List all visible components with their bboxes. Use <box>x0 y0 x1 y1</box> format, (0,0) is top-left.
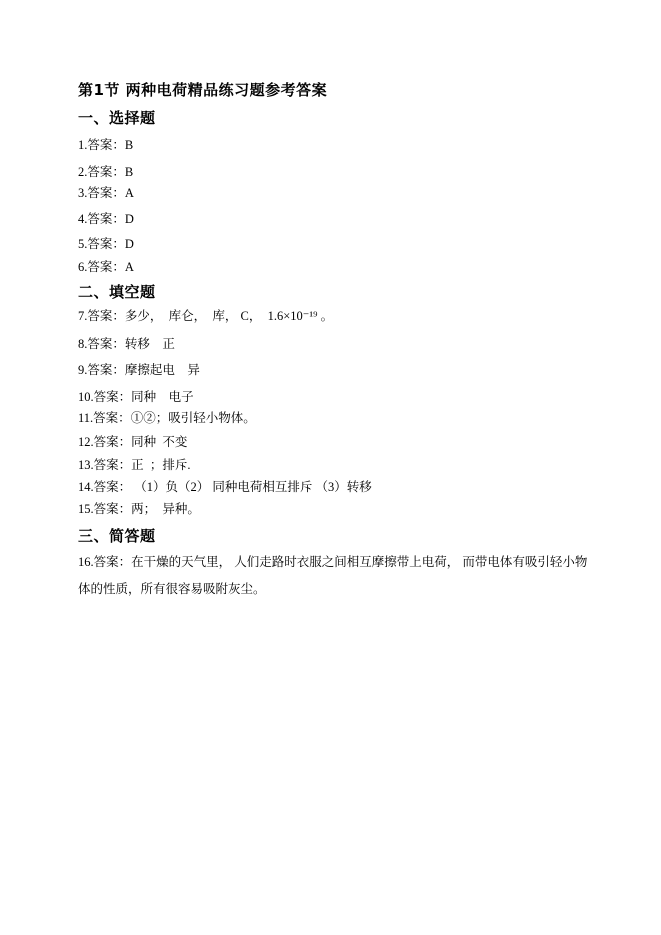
question-number: 10. <box>78 390 94 404</box>
question-number: 12. <box>78 435 94 449</box>
document-page: 第1节 两种电荷精品练习题参考答案 一、选择题 1.答案：B 2.答案：B 3.… <box>0 0 661 935</box>
question-number: 13. <box>78 458 94 472</box>
question-number: 2. <box>78 165 87 179</box>
answer-line-8: 8.答案：转移 正 <box>78 336 595 353</box>
answer-label: 答案： <box>87 138 125 152</box>
question-number: 11. <box>78 411 93 425</box>
answer-value: 同种 电子 <box>131 390 194 404</box>
answer-line-1: 1.答案：B <box>78 137 595 154</box>
answer-label: 答案： <box>94 435 132 449</box>
answer-line-10: 10.答案：同种 电子 <box>78 389 595 406</box>
answer-line-3: 3.答案：A <box>78 185 595 202</box>
answer-line-14: 14.答案： （1）负（2） 同种电荷相互排斥 （3）转移 <box>78 479 595 496</box>
answer-value: 多少， 库仑， 库， C， 1.6×10⁻¹⁹ 。 <box>125 309 333 323</box>
answer-label: 答案： <box>87 363 125 377</box>
answer-value: B <box>125 165 133 179</box>
answer-value: D <box>125 212 134 226</box>
answer-label: 答案： <box>87 337 125 351</box>
answer-value: 摩擦起电 异 <box>125 363 200 377</box>
answer-line-4: 4.答案：D <box>78 211 595 228</box>
answer-value: 正 ；排斥. <box>131 458 190 472</box>
question-number: 1. <box>78 138 87 152</box>
answer-label: 答案： <box>87 237 125 251</box>
section-heading-choice: 一、选择题 <box>78 110 595 126</box>
answer-line-2: 2.答案：B <box>78 164 595 181</box>
section-heading-short-answer: 三、简答题 <box>78 528 595 544</box>
answer-value: 同种 不变 <box>131 435 187 449</box>
answer-value: 转移 正 <box>125 337 175 351</box>
question-number: 4. <box>78 212 87 226</box>
answer-label: 答案： <box>94 555 132 569</box>
answer-label: 答案： <box>87 165 125 179</box>
question-number: 5. <box>78 237 87 251</box>
answer-value: （1）负（2） 同种电荷相互排斥 （3）转移 <box>131 480 372 494</box>
question-number: 3. <box>78 186 87 200</box>
answer-label: 答案： <box>87 186 125 200</box>
question-number: 9. <box>78 363 87 377</box>
answer-label: 答案： <box>94 480 132 494</box>
answer-line-16: 16.答案：在干燥的天气里， 人们走路时衣服之间相互摩擦带上电荷， 而带电体有吸… <box>78 549 595 603</box>
answer-line-6: 6.答案：A <box>78 259 595 276</box>
answer-line-12: 12.答案：同种 不变 <box>78 434 595 451</box>
answer-line-15: 15.答案：两； 异种。 <box>78 501 595 518</box>
answer-label: 答案： <box>93 411 131 425</box>
answer-line-13: 13.答案：正 ；排斥. <box>78 457 595 474</box>
answer-label: 答案： <box>94 458 132 472</box>
answer-value: 两； 异种。 <box>131 502 200 516</box>
answer-value: A <box>125 260 134 274</box>
section-heading-fill: 二、填空题 <box>78 284 595 300</box>
answer-label: 答案： <box>94 502 132 516</box>
answer-line-11: 11.答案：①②；吸引轻小物体。 <box>78 410 595 427</box>
answer-value: ①②；吸引轻小物体。 <box>131 411 256 425</box>
answer-value: D <box>125 237 134 251</box>
document-title: 第1节 两种电荷精品练习题参考答案 <box>78 82 595 98</box>
answer-line-9: 9.答案：摩擦起电 异 <box>78 362 595 379</box>
answer-label: 答案： <box>87 309 125 323</box>
answer-value: B <box>125 138 133 152</box>
question-number: 8. <box>78 337 87 351</box>
question-number: 7. <box>78 309 87 323</box>
question-number: 6. <box>78 260 87 274</box>
question-number: 14. <box>78 480 94 494</box>
question-number: 16. <box>78 555 94 569</box>
answer-label: 答案： <box>87 260 125 274</box>
answer-value: 在干燥的天气里， 人们走路时衣服之间相互摩擦带上电荷， 而带电体有吸引轻小物体的… <box>78 555 587 596</box>
answer-line-5: 5.答案：D <box>78 236 595 253</box>
question-number: 15. <box>78 502 94 516</box>
answer-value: A <box>125 186 134 200</box>
answer-line-7: 7.答案：多少， 库仑， 库， C， 1.6×10⁻¹⁹ 。 <box>78 308 595 325</box>
answer-label: 答案： <box>87 212 125 226</box>
answer-label: 答案： <box>94 390 132 404</box>
